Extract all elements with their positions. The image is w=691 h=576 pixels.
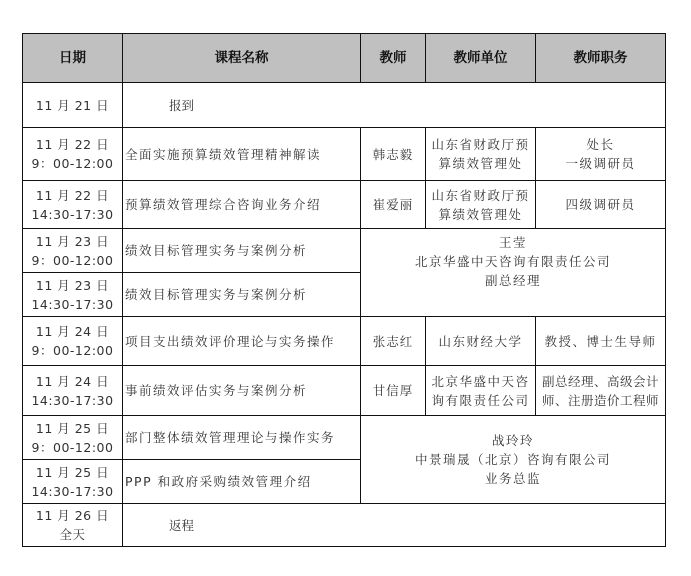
date-cell: 11 月 26 日 全天 (23, 504, 123, 547)
course-cell: 绩效目标管理实务与案例分析 (123, 273, 361, 317)
table-row: 11 月 22 日 14:30-17:30 预算绩效管理综合咨询业务介绍 崔爱丽… (23, 181, 666, 229)
title-line: 一级调研员 (536, 154, 665, 173)
table-row: 11 月 22 日 9：00-12:00 全面实施预算绩效管理精神解读 韩志毅 … (23, 128, 666, 181)
time-text: 14:30-17:30 (23, 391, 122, 410)
time-text: 14:30-17:30 (23, 205, 122, 224)
date-text: 11 月 22 日 (23, 135, 122, 154)
date-text: 11 月 23 日 (23, 276, 122, 295)
teacher-cell: 韩志毅 (361, 128, 426, 181)
date-cell: 11 月 25 日 9：00-12:00 (23, 416, 123, 460)
course-cell: 部门整体绩效管理理论与操作实务 (123, 416, 361, 460)
teacher-cell: 甘信厚 (361, 366, 426, 416)
unit-cell: 山东财经大学 (426, 317, 536, 366)
title-cell: 处长 一级调研员 (536, 128, 666, 181)
unit-line: 算绩效管理处 (426, 154, 535, 173)
unit-line: 算绩效管理处 (426, 205, 535, 224)
date-text: 11 月 25 日 (23, 463, 122, 482)
title-cell: 教授、博士生导师 (536, 317, 666, 366)
time-text: 全天 (23, 525, 122, 544)
table-row: 11 月 24 日 9：00-12:00 项目支出绩效评价理论与实务操作 张志红… (23, 317, 666, 366)
header-teacher-unit: 教师单位 (426, 34, 536, 83)
date-text: 11 月 25 日 (23, 419, 122, 438)
merged-teacher-cell: 王莹 北京华盛中天咨询有限责任公司 副总经理 (361, 229, 666, 317)
table-row: 11 月 26 日 全天 返程 (23, 504, 666, 547)
teacher-unit: 中景瑞晟（北京）咨询有限公司 (361, 450, 665, 469)
teacher-title: 副总经理 (361, 271, 665, 290)
date-cell: 11 月 25 日 14:30-17:30 (23, 460, 123, 504)
table-row: 11 月 23 日 9：00-12:00 绩效目标管理实务与案例分析 王莹 北京… (23, 229, 666, 273)
table-row: 11 月 25 日 9：00-12:00 部门整体绩效管理理论与操作实务 战玲玲… (23, 416, 666, 460)
date-cell: 11 月 24 日 9：00-12:00 (23, 317, 123, 366)
date-text: 11 月 24 日 (23, 372, 122, 391)
time-text: 9：00-12:00 (23, 154, 122, 173)
course-cell: 预算绩效管理综合咨询业务介绍 (123, 181, 361, 229)
date-cell: 11 月 21 日 (23, 83, 123, 128)
unit-cell: 山东省财政厅预 算绩效管理处 (426, 181, 536, 229)
note-cell: 返程 (123, 504, 666, 547)
unit-line: 山东省财政厅预 (426, 186, 535, 205)
time-text: 9：00-12:00 (23, 251, 122, 270)
date-cell: 11 月 23 日 14:30-17:30 (23, 273, 123, 317)
title-line: 副总经理、高级会计 (536, 372, 665, 391)
date-text: 11 月 23 日 (23, 232, 122, 251)
table-row: 11 月 21 日 报到 (23, 83, 666, 128)
date-text: 11 月 22 日 (23, 186, 122, 205)
note-cell: 报到 (123, 83, 666, 128)
teacher-cell: 崔爱丽 (361, 181, 426, 229)
unit-cell: 山东省财政厅预 算绩效管理处 (426, 128, 536, 181)
unit-line: 山东省财政厅预 (426, 135, 535, 154)
course-cell: 全面实施预算绩效管理精神解读 (123, 128, 361, 181)
teacher-title: 业务总监 (361, 469, 665, 488)
date-cell: 11 月 23 日 9：00-12:00 (23, 229, 123, 273)
unit-line: 北京华盛中天咨 (426, 372, 535, 391)
date-cell: 11 月 24 日 14:30-17:30 (23, 366, 123, 416)
training-schedule-table: 日期 课程名称 教师 教师单位 教师职务 11 月 21 日 报到 11 月 2… (22, 33, 666, 547)
date-text: 11 月 24 日 (23, 322, 122, 341)
date-cell: 11 月 22 日 9：00-12:00 (23, 128, 123, 181)
unit-line: 询有限责任公司 (426, 391, 535, 410)
merged-teacher-cell: 战玲玲 中景瑞晟（北京）咨询有限公司 业务总监 (361, 416, 666, 504)
teacher-cell: 张志红 (361, 317, 426, 366)
teacher-name: 王莹 (361, 233, 665, 252)
title-cell: 四级调研员 (536, 181, 666, 229)
unit-cell: 北京华盛中天咨 询有限责任公司 (426, 366, 536, 416)
time-text: 9：00-12:00 (23, 341, 122, 360)
header-teacher-title: 教师职务 (536, 34, 666, 83)
title-line: 师、注册造价工程师 (536, 391, 665, 410)
course-cell: 事前绩效评估实务与案例分析 (123, 366, 361, 416)
title-cell: 副总经理、高级会计 师、注册造价工程师 (536, 366, 666, 416)
course-cell: PPP 和政府采购绩效管理介绍 (123, 460, 361, 504)
date-text: 11 月 26 日 (23, 506, 122, 525)
teacher-unit: 北京华盛中天咨询有限责任公司 (361, 252, 665, 271)
teacher-name: 战玲玲 (361, 431, 665, 450)
time-text: 9：00-12:00 (23, 438, 122, 457)
title-line: 处长 (536, 135, 665, 154)
course-cell: 项目支出绩效评价理论与实务操作 (123, 317, 361, 366)
course-cell: 绩效目标管理实务与案例分析 (123, 229, 361, 273)
header-teacher: 教师 (361, 34, 426, 83)
time-text: 14:30-17:30 (23, 482, 122, 501)
date-text: 11 月 21 日 (23, 96, 122, 115)
header-row: 日期 课程名称 教师 教师单位 教师职务 (23, 34, 666, 83)
date-cell: 11 月 22 日 14:30-17:30 (23, 181, 123, 229)
time-text: 14:30-17:30 (23, 295, 122, 314)
table-row: 11 月 24 日 14:30-17:30 事前绩效评估实务与案例分析 甘信厚 … (23, 366, 666, 416)
header-course: 课程名称 (123, 34, 361, 83)
header-date: 日期 (23, 34, 123, 83)
